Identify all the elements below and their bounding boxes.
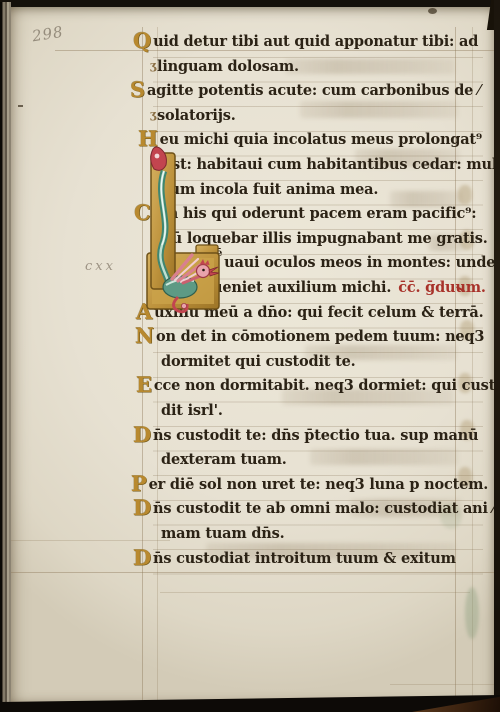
manuscript-page: 298 cxx Q uid detur tibi aut quid appona… <box>10 7 494 704</box>
text-line: D n̄s custodiat introitum tuum & exitum <box>133 550 456 569</box>
show-through-ghost <box>300 101 458 118</box>
line-text: on det in cōmotionem pedem tuum: neq3 <box>156 328 484 345</box>
drop-cap: E <box>136 377 152 393</box>
manuscript-photo: 298 cxx Q uid detur tibi aut quid appona… <box>0 0 500 712</box>
drop-cap: S <box>130 82 145 98</box>
line-text: cce non dormitabit. neq3 dormiet: qui cu… <box>154 377 500 394</box>
text-line: ʒ linguam dolosam. <box>150 58 299 77</box>
catch-mark: ʒ <box>150 58 156 73</box>
drop-cap: D <box>133 427 151 443</box>
line-text: mam tuam dn̄s. <box>161 525 284 542</box>
rubric-canticum-graduum: c̄c̄. ḡduum. <box>398 279 486 296</box>
pencil-folio-mark: 298 <box>31 23 65 46</box>
show-through-ghost <box>310 449 458 465</box>
drop-cap: Q <box>133 33 151 49</box>
book-fore-edge <box>494 0 500 712</box>
line-text: solatorijs. <box>157 107 236 124</box>
text-line: P er diē sol non uret te: neq3 luna p no… <box>131 476 488 495</box>
line-text: dexteram tuam. <box>161 451 287 468</box>
show-through-ghost <box>285 59 455 74</box>
text-line: ʒ solatorijs. <box>150 107 236 126</box>
text-line: mam tuam dn̄s. <box>161 525 284 544</box>
pencil-psalm-number: cxx <box>85 259 116 274</box>
ruling-foot <box>390 684 494 685</box>
text-line: D n̄s custodit te: dn̄s p̄tectio tua. su… <box>133 427 478 446</box>
line-text: dormitet qui custodit te. <box>161 353 355 370</box>
dark-speck <box>428 8 437 14</box>
text-line: Q uid detur tibi aut quid apponatur tibi… <box>133 33 478 52</box>
text-line: N on det in cōmotionem pedem tuum: neq3 <box>135 328 484 347</box>
drop-cap: D <box>133 500 151 516</box>
line-text: er diē sol non uret te: neq3 luna p noct… <box>149 476 489 493</box>
text-line: S agitte potentis acute: cum carbonibus … <box>130 82 480 101</box>
catch-mark: ʒ <box>150 107 156 122</box>
line-text: uid detur tibi aut quid apponatur tibi: … <box>153 33 478 50</box>
text-line: E cce non dormitabit. neq3 dormiet: qui … <box>136 377 500 396</box>
ruling-left-margin <box>10 540 170 541</box>
illuminated-initial-L-dragon <box>140 129 222 321</box>
line-text: agitte potentis acute: cum carbonibus de… <box>147 82 480 99</box>
line-text: uaui oculos meos in montes: unde <box>224 254 495 271</box>
line-text: linguam dolosam. <box>157 58 299 75</box>
green-stain <box>465 587 479 639</box>
book-page-edges <box>0 2 11 710</box>
line-text: ueniet auxilium michi. <box>212 279 391 296</box>
line-text: n̄s custodit te: dn̄s p̄tectio tua. sup … <box>153 427 478 444</box>
drop-cap: P <box>131 476 147 492</box>
text-line: dexteram tuam. <box>161 451 287 470</box>
text-line: dit isrl'. <box>161 402 223 421</box>
text-line: ueniet auxilium michi. c̄c̄. ḡduum. <box>212 279 486 298</box>
line-text: n̄s custodiat introitum tuum & exitum <box>153 550 456 567</box>
show-through-initial <box>458 185 472 205</box>
ruling-below <box>160 592 470 593</box>
text-line: dormitet qui custodit te. <box>161 353 355 372</box>
text-line: ē uaui oculos meos in montes: unde <box>216 254 495 273</box>
text-line: D n̄s custodit te ab omni malo: custodia… <box>133 500 495 519</box>
drop-cap: D <box>133 550 151 566</box>
ruling-bottom <box>10 572 494 573</box>
ruling-vertical-right-1 <box>455 27 456 707</box>
ink-speck <box>18 105 23 107</box>
line-text: n̄s custodit te ab omni malo: custodiat … <box>153 500 495 517</box>
drop-cap: N <box>135 328 154 344</box>
line-text: dit isrl'. <box>161 402 223 419</box>
